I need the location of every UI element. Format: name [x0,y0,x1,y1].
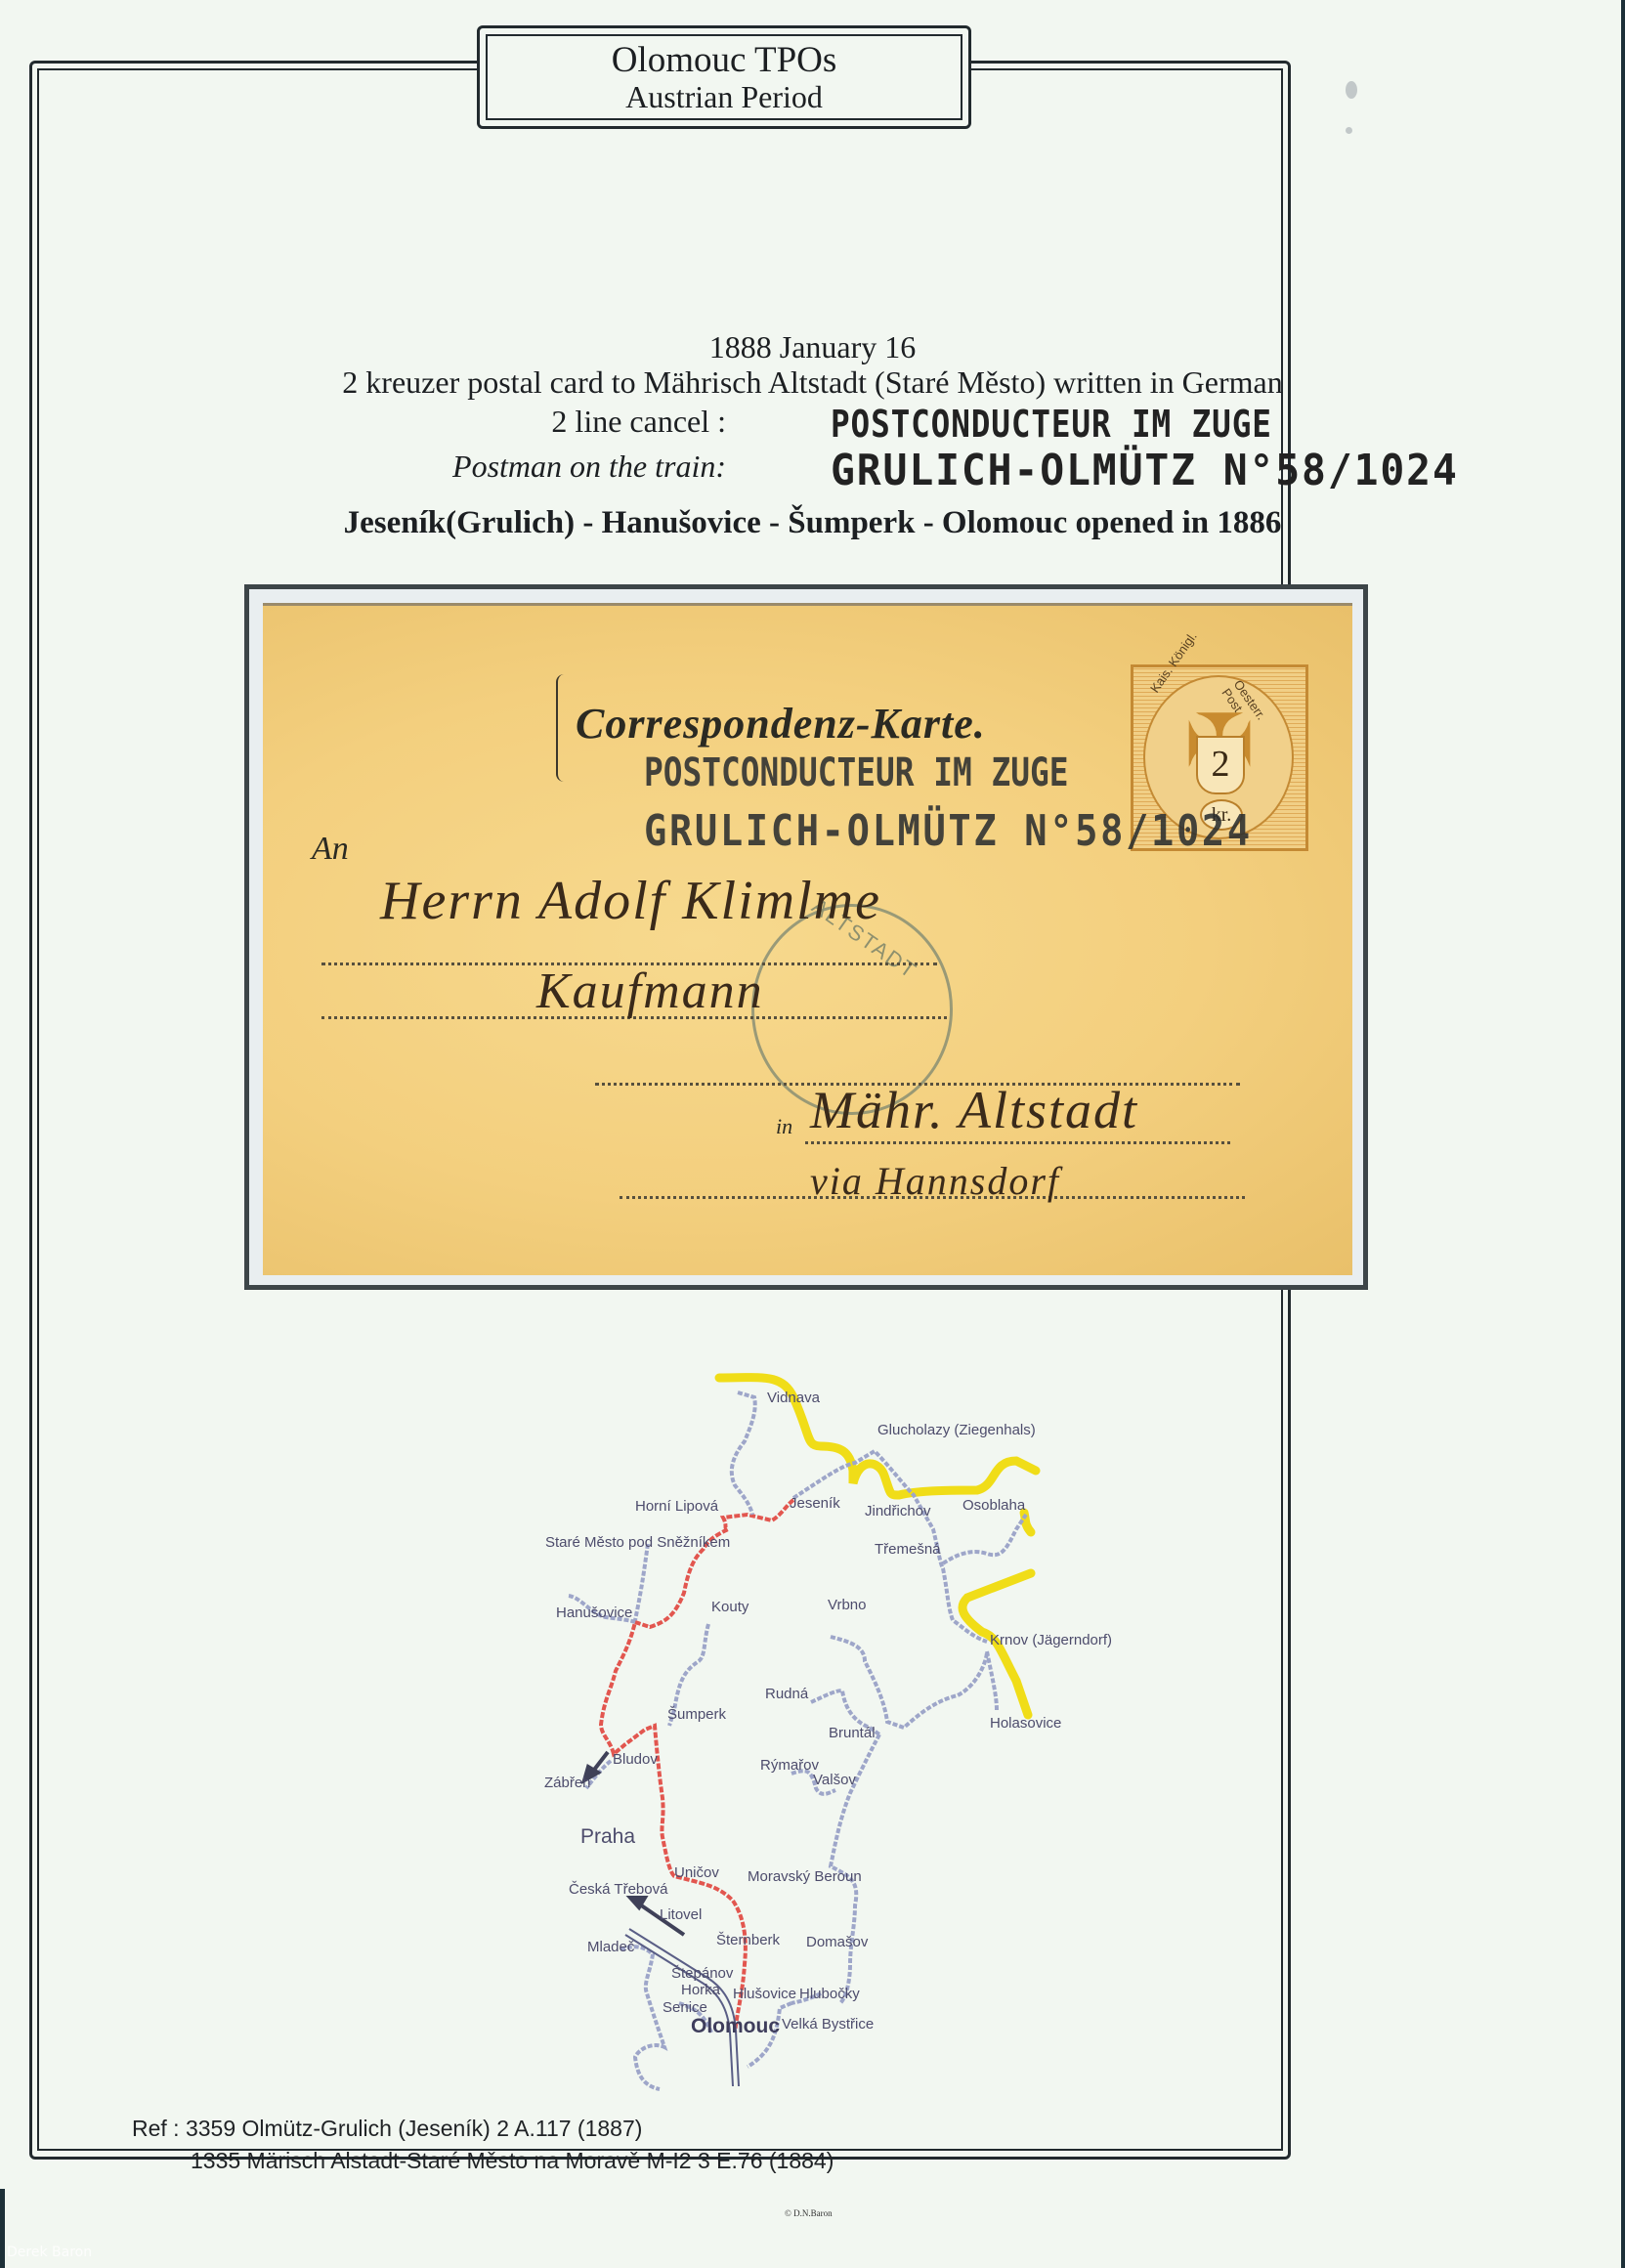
station-label: Jeseník [790,1495,840,1512]
station-label: Třemešná [875,1541,941,1558]
cancel-label: 2 line cancel : [551,403,726,440]
station-label: Praha [580,1825,635,1849]
station-label: Kouty [711,1599,748,1615]
station-label: Horka [681,1982,720,1998]
reference-line-1: Ref : 3359 Olmütz-Grulich (Jeseník) 2 A.… [132,2116,642,2142]
station-label: Bludov [613,1751,658,1768]
scan-edge-left [0,2189,5,2268]
station-label: Šumperk [667,1706,726,1723]
cancel-text-line2: GRULICH-OLMÜTZ N°58/1024 [831,446,1459,495]
reference-line-2: 1335 Märisch Alstadt-Staré Město na Mora… [191,2148,834,2174]
cancel-text-line1: POSTCONDUCTEUR IM ZUGE [831,403,1272,446]
station-label: Glucholazy (Ziegenhals) [877,1422,1036,1438]
station-label: Velká Bystřice [782,2016,874,2033]
page-title-box: Olomouc TPOs Austrian Period [477,25,971,129]
station-label: Jindřichov [865,1503,931,1519]
postcard-heading: Correspondenz-Karte. [576,699,986,749]
station-label: Šternberk [716,1932,780,1948]
cover-description: 2 kreuzer postal card to Mährisch Altsta… [0,364,1625,401]
train-cancel-line2: GRULICH-OLMÜTZ N°58/1024 [644,806,1253,856]
ornament-flourish [556,674,574,782]
station-label: Rudná [765,1686,808,1702]
station-label: Bruntál [829,1725,876,1741]
cancel-translation-label: Postman on the train: [452,448,726,485]
station-label: Mladeč [587,1939,634,1955]
postcard-mount: Correspondenz-Karte. Kais. Königl. Oeste… [244,584,1368,1290]
cover-date: 1888 January 16 [0,328,1625,365]
station-label: Zábřeh [544,1775,591,1791]
station-label: Domašov [806,1934,868,1950]
station-label: Vidnava [767,1390,820,1406]
station-label: Rýmařov [760,1757,819,1774]
handwritten-via: via Hannsdorf [810,1158,1060,1204]
station-label: Senice [663,1999,707,2016]
address-prefix: An [312,831,349,868]
route-heading: Jeseník(Grulich) - Hanušovice - Šumperk … [0,503,1625,542]
scan-smudge [1346,127,1352,134]
station-label: Krnov (Jägerndorf) [990,1632,1112,1648]
station-label: Hanušovice [556,1605,632,1621]
station-label: Holasovice [990,1715,1061,1732]
station-label: Hlubočky [799,1986,860,2002]
station-label: Česká Třebová [569,1881,667,1898]
train-cancel-line1: POSTCONDUCTEUR IM ZUGE [644,750,1068,795]
station-label: Litovel [660,1906,702,1923]
station-label: Hlušovice [733,1986,796,2002]
station-label: Moravský Beroun [748,1868,862,1885]
postcard-image: Correspondenz-Karte. Kais. Königl. Oeste… [263,603,1352,1275]
station-label: Osoblaha [962,1497,1025,1514]
page-title: Olomouc TPOs [612,41,837,80]
page-subtitle: Austrian Period [625,80,823,113]
handwritten-town: Mähr. Altstadt [810,1080,1138,1140]
handwritten-addressee: Herrn Adolf Klimlme [380,870,881,932]
handwritten-occupation: Kaufmann [536,963,764,1020]
cancel-description: 2 line cancel : Postman on the train: PO… [0,403,1625,500]
railway-map: Vidnava Glucholazy (Ziegenhals) Horní Li… [528,1358,1212,2101]
station-label: Uničov [674,1864,719,1881]
scan-smudge [1346,81,1357,99]
station-label: Štepánov [671,1965,733,1982]
copyright-notice: © D.N.Baron [785,2208,833,2218]
address-line-3 [805,1141,1230,1144]
station-label: Horní Lipová [635,1498,718,1515]
in-prefix: in [776,1114,792,1139]
stamp-value: 2 [1196,736,1245,794]
station-label: Valšov [813,1772,856,1788]
station-label: Staré Město pod Sněžníkem [545,1534,730,1551]
station-label: Vrbno [828,1597,866,1613]
station-label-olomouc: Olomouc [691,2015,780,2038]
watermark: Derek Baron [7,2245,92,2260]
